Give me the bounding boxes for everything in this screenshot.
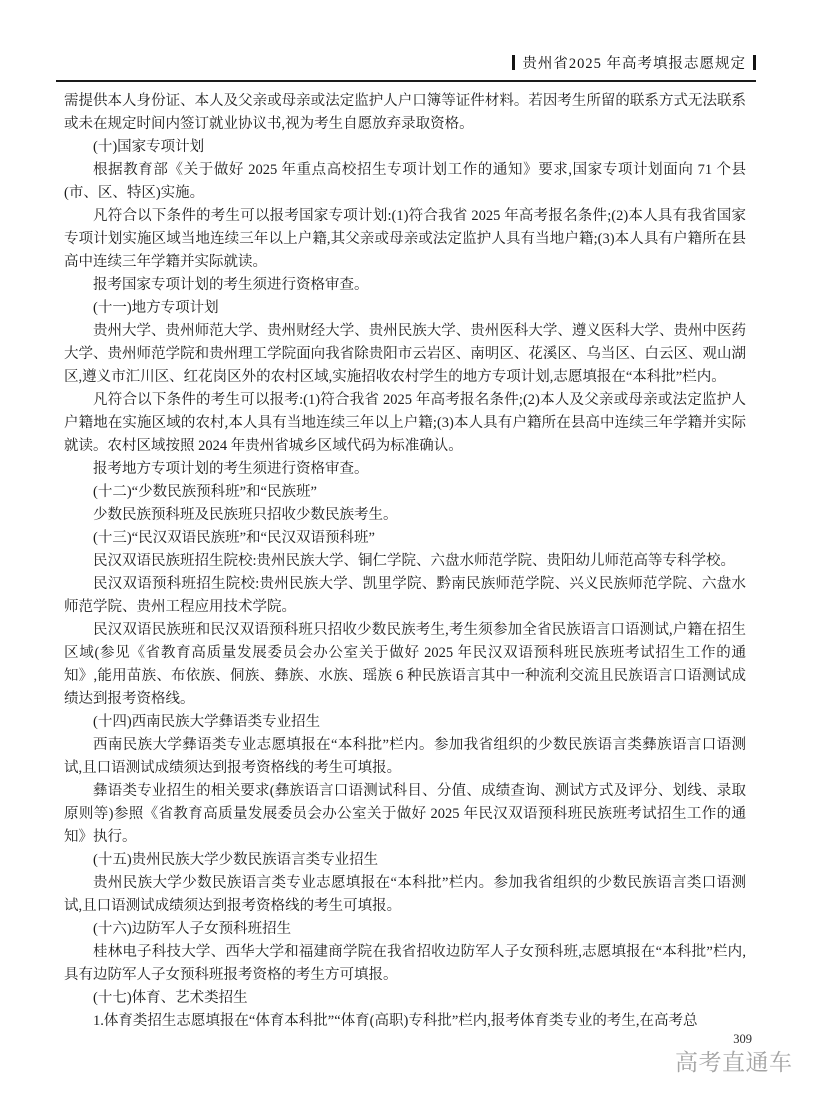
paragraph: (十二)“少数民族预科班”和“民族班” — [64, 481, 746, 504]
running-header-text: 贵州省2025 年高考填报志愿规定 — [522, 52, 746, 73]
paragraph: 1.体育类招生志愿填报在“体育本科批”“体育(高职)专科批”栏内,报考体育类专业… — [64, 1010, 746, 1033]
paragraph: 凡符合以下条件的考生可以报考:(1)符合我省 2025 年高考报名条件;(2)本… — [64, 389, 746, 458]
paragraph: (十)国家专项计划 — [64, 136, 746, 159]
paragraph: 贵州大学、贵州师范大学、贵州财经大学、贵州民族大学、贵州医科大学、遵义医科大学、… — [64, 320, 746, 389]
paragraph: 根据教育部《关于做好 2025 年重点高校招生专项计划工作的通知》要求,国家专项… — [64, 159, 746, 205]
paragraph: 少数民族预科班及民族班只招收少数民族考生。 — [64, 504, 746, 527]
paragraph: 凡符合以下条件的考生可以报考国家专项计划:(1)符合我省 2025 年高考报名条… — [64, 205, 746, 274]
paragraph: (十四)西南民族大学彝语类专业招生 — [64, 711, 746, 734]
body-text: 需提供本人身份证、本人及父亲或母亲或法定监护人户口簿等证件材料。若因考生所留的联… — [64, 90, 746, 1033]
document-page: 贵州省2025 年高考填报志愿规定 需提供本人身份证、本人及父亲或母亲或法定监护… — [0, 0, 816, 1100]
paragraph: (十七)体育、艺术类招生 — [64, 987, 746, 1010]
header-right-bar-icon — [753, 55, 756, 70]
header-left-bar-icon — [512, 55, 515, 70]
paragraph: 报考地方专项计划的考生须进行资格审查。 — [64, 458, 746, 481]
paragraph: 西南民族大学彝语类专业志愿填报在“本科批”栏内。参加我省组织的少数民族语言类彝族… — [64, 734, 746, 780]
page-number: 309 — [56, 1032, 752, 1047]
paragraph: 贵州民族大学少数民族语言类专业志愿填报在“本科批”栏内。参加我省组织的少数民族语… — [64, 872, 746, 918]
paragraph: (十三)“民汉双语民族班”和“民汉双语预科班” — [64, 527, 746, 550]
paragraph: (十五)贵州民族大学少数民族语言类专业招生 — [64, 849, 746, 872]
watermark: 高考直通车 — [675, 1044, 793, 1077]
paragraph: (十一)地方专项计划 — [64, 297, 746, 320]
header-rule — [56, 80, 756, 82]
paragraph: 需提供本人身份证、本人及父亲或母亲或法定监护人户口簿等证件材料。若因考生所留的联… — [64, 90, 746, 136]
paragraph: 彝语类专业招生的相关要求(彝族语言口语测试科目、分值、成绩查询、测试方式及评分、… — [64, 780, 746, 849]
paragraph: 民汉双语民族班招生院校:贵州民族大学、铜仁学院、六盘水师范学院、贵阳幼儿师范高等… — [64, 550, 746, 573]
paragraph: 民汉双语民族班和民汉双语预科班只招收少数民族考生,考生须参加全省民族语言口语测试… — [64, 619, 746, 711]
paragraph: 桂林电子科技大学、西华大学和福建商学院在我省招收边防军人子女预科班,志愿填报在“… — [64, 941, 746, 987]
paragraph: 报考国家专项计划的考生须进行资格审查。 — [64, 274, 746, 297]
paragraph: 民汉双语预科班招生院校:贵州民族大学、凯里学院、黔南民族师范学院、兴义民族师范学… — [64, 573, 746, 619]
running-header: 贵州省2025 年高考填报志愿规定 — [56, 52, 756, 75]
running-header-title: 贵州省2025 年高考填报志愿规定 — [512, 52, 756, 73]
paragraph: (十六)边防军人子女预科班招生 — [64, 918, 746, 941]
